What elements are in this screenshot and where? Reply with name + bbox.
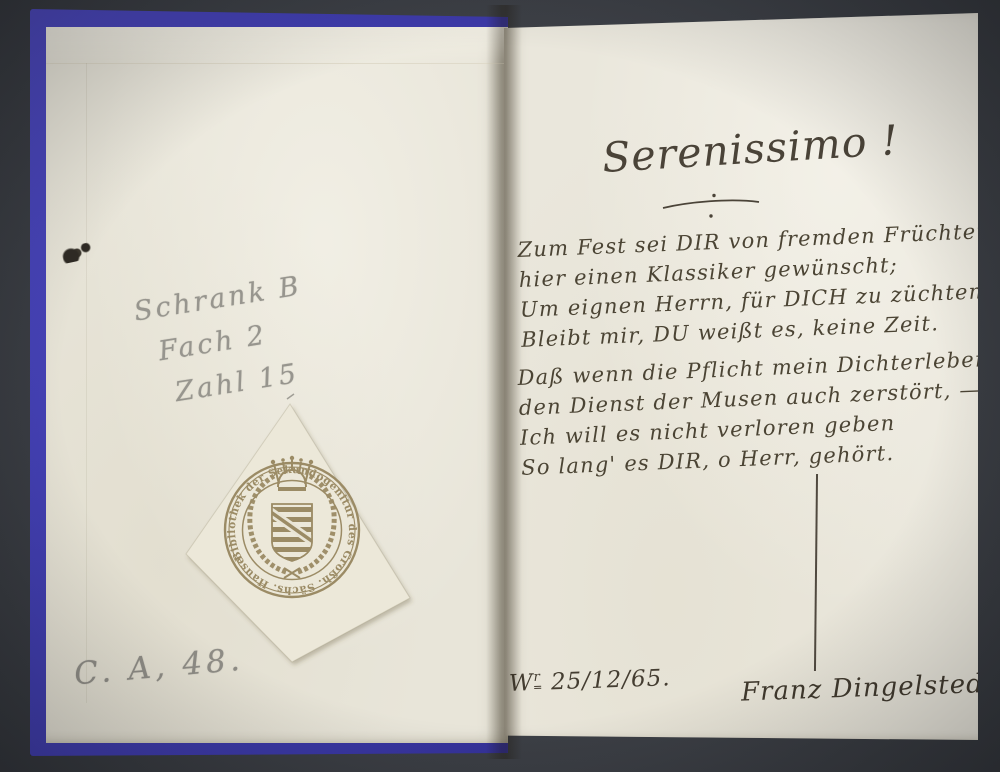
date-place: W xyxy=(509,670,535,697)
book-cover-left: Schrank B Fach 2 Zahl 15 xyxy=(30,9,508,756)
pastedown-paper: Schrank B Fach 2 Zahl 15 xyxy=(46,27,508,743)
ink-blot xyxy=(61,242,94,264)
poem-stanza-2: Daß wenn die Pflicht mein Dichterleben d… xyxy=(517,344,994,483)
ink-vertical-line xyxy=(814,474,818,671)
date-value: 25/12/65. xyxy=(551,665,671,695)
date-place-superscript: r xyxy=(533,670,541,689)
date-line: Wr25/12/65. xyxy=(509,665,671,697)
poem-stanza-1: Zum Fest sei DIR von fremden Früchten hi… xyxy=(517,216,995,355)
title-flourish xyxy=(660,192,764,220)
dedication-title: Serenissimo ! xyxy=(601,116,900,182)
book-scan: Schrank B Fach 2 Zahl 15 xyxy=(0,0,1000,772)
paper-fold-line xyxy=(86,63,87,703)
pin-mark xyxy=(287,394,294,399)
dedication-page: Serenissimo ! Zum Fest sei DIR von fremd… xyxy=(504,13,978,740)
signature: Franz Dingelstedt. xyxy=(741,668,1000,707)
paper-fold-strip xyxy=(46,27,508,64)
